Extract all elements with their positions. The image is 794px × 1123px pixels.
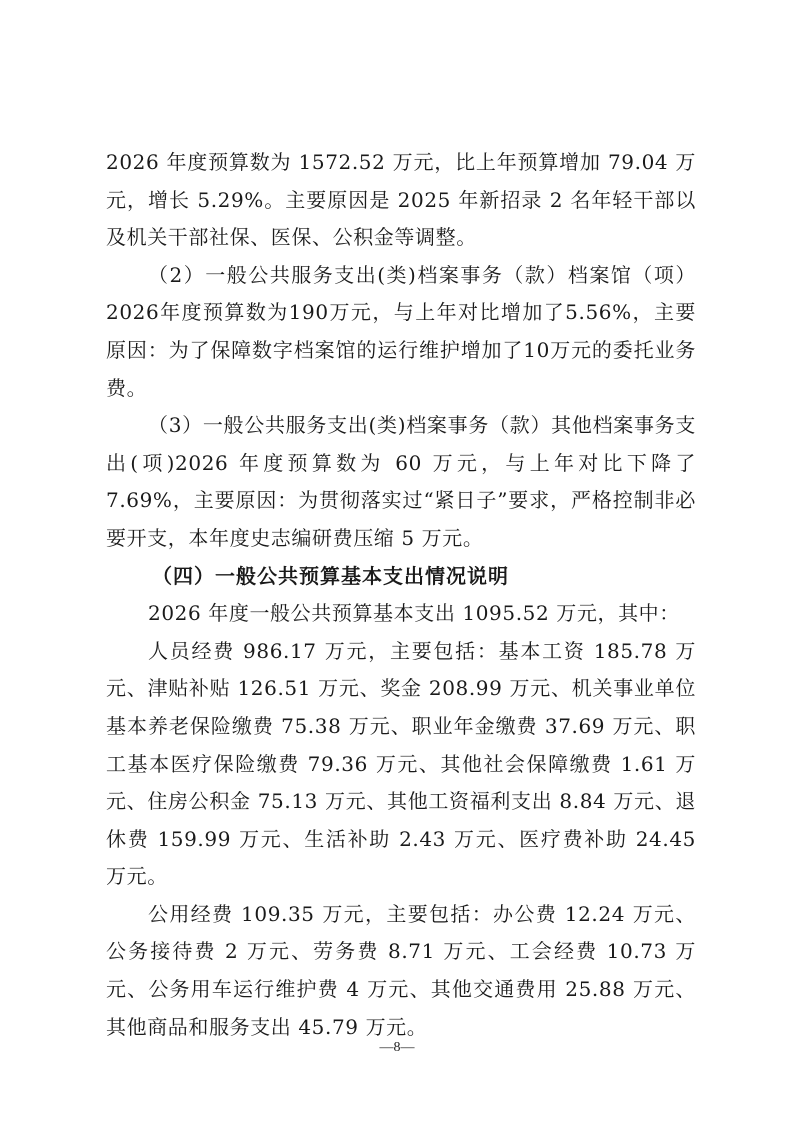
paragraph-personnel-expenses: 人员经费 986.17 万元，主要包括：基本工资 185.78 万元、津贴补贴 … [106,633,696,896]
section-heading-basic-expenditure: （四）一般公共预算基本支出情况说明 [106,558,696,596]
paragraph-basic-expenditure-total: 2026 年度一般公共预算基本支出 1095.52 万元，其中： [106,595,696,633]
document-page: 2026 年度预算数为 1572.52 万元，比上年预算增加 79.04 万元，… [106,144,696,1046]
paragraph-other-archive-affairs-budget: （3）一般公共服务支出(类)档案事务（款）其他档案事务支出(项)2026 年度预… [106,407,696,557]
paragraph-public-expenses: 公用经费 109.35 万元，主要包括：办公费 12.24 万元、公务接待费 2… [106,896,696,1046]
paragraph-staff-budget-continuation: 2026 年度预算数为 1572.52 万元，比上年预算增加 79.04 万元，… [106,144,696,257]
page-number: —8— [0,1040,794,1056]
paragraph-archive-museum-budget: （2）一般公共服务支出(类)档案事务（款）档案馆（项）2026年度预算数为190… [106,257,696,407]
